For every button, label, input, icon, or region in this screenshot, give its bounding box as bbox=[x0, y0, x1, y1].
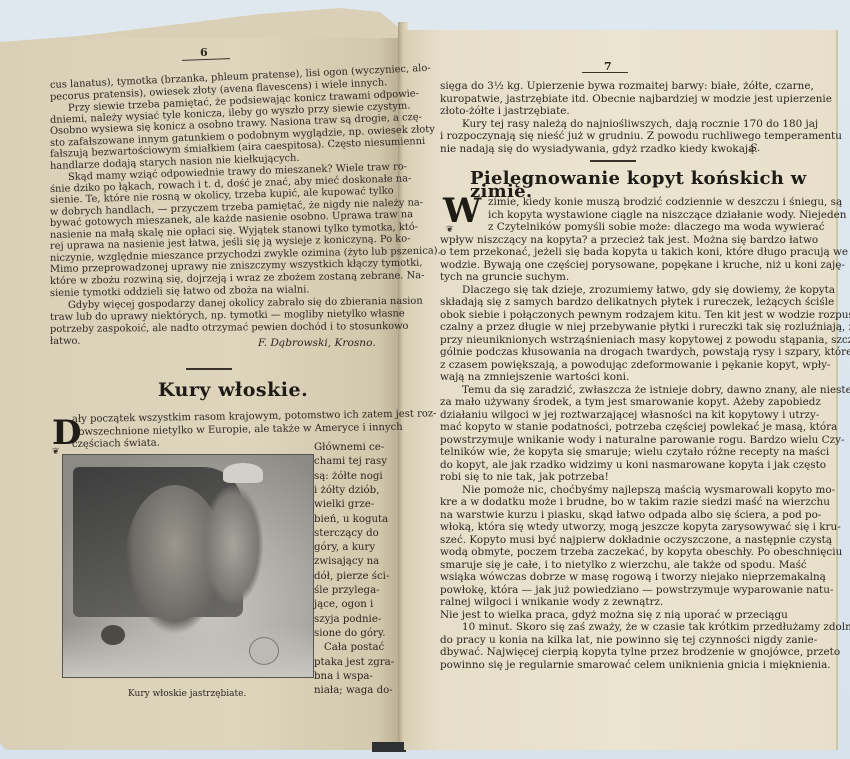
chickens-illustration bbox=[62, 454, 314, 678]
text-line: wodą obmyte, poczem trzeba zaczekać, by … bbox=[440, 546, 842, 559]
text-line: przy nieuniknionych wstrząśnieniach masy… bbox=[440, 334, 850, 347]
text-line: działaniu wilgoci w jej roztwarzającej w… bbox=[440, 409, 819, 422]
text-line: 10 minut. Skoro się zaś zważy, że w czas… bbox=[462, 621, 850, 634]
text-line: wielki grze- bbox=[314, 498, 374, 511]
page-number-rule-right bbox=[582, 72, 628, 73]
text-line: o tem przekonać, jeżeli się bada kopyta … bbox=[440, 246, 848, 259]
text-line: nie nadają się do wysiadywania, gdyż rza… bbox=[440, 143, 758, 156]
text-line: obok siebie i połączonych pewnym rodzaje… bbox=[440, 309, 850, 322]
text-line: szeć. Kopyto musi być najpierw dokładnie… bbox=[440, 534, 832, 547]
text-line: mać kopyto w stanie podatności, potrzeba… bbox=[440, 421, 837, 434]
text-line: chami tej rasy bbox=[314, 455, 387, 468]
text-line: gólnie podczas kłusowania na drogach twa… bbox=[440, 346, 850, 359]
dropcap-ornament-icon: ❦ bbox=[52, 446, 60, 459]
text-line: czalny a przez długie w niej przebywanie… bbox=[440, 321, 850, 334]
chick-figure bbox=[101, 625, 125, 645]
text-line: dbywać. Najwięcej cierpią kopyta tylne p… bbox=[440, 646, 840, 659]
text-line: kre a w dodatku może i brudne, bo w taki… bbox=[440, 496, 830, 509]
text-line: Nie jest to wielka praca, gdyż można się… bbox=[440, 609, 788, 622]
text-line: sięga do 3½ kg. Upierzenie bywa rozmaite… bbox=[440, 80, 814, 93]
dropcap-w: W bbox=[443, 194, 481, 228]
text-line: śle przylega- bbox=[314, 584, 380, 597]
text-line: powstrzymuje wnikanie wody i naturalne p… bbox=[440, 434, 844, 447]
text-line: telników wie, że kopyta się smaruje; wie… bbox=[440, 446, 829, 459]
article-title-kury-wloskie: Kury włoskie. bbox=[158, 384, 308, 397]
text-line: wają na zmniejszenie wartości koni. bbox=[440, 371, 629, 384]
text-line: na warstwie kurzu i piasku, skąd łatwo o… bbox=[440, 509, 821, 522]
text-line: złoto-żółte i jastrzębiate. bbox=[440, 105, 570, 118]
text-line: jące, ogon i bbox=[314, 598, 373, 611]
text-line: wsiąka wówczas dobrze w masę rogową i tw… bbox=[440, 571, 826, 584]
rooster-figure-2 bbox=[203, 485, 263, 605]
text-line: wodzie. Bywają one częściej porysowane, … bbox=[440, 259, 845, 272]
text-line: i żółty dziób, bbox=[314, 484, 379, 497]
book-cover-edge bbox=[372, 742, 406, 752]
text-line: ralnej wilgoci i wnikanie wody z zewnątr… bbox=[440, 596, 663, 609]
text-line: niała; waga do- bbox=[314, 684, 393, 697]
chick-figure-2 bbox=[249, 637, 279, 665]
text-line: bień, u koguta bbox=[314, 513, 388, 526]
text-line: szyja podnie- bbox=[314, 613, 381, 626]
text-line: Dlaczego się tak dzieje, zrozumiemy łatw… bbox=[462, 284, 835, 297]
text-line: są: żółte nogi bbox=[314, 470, 383, 483]
text-line: Nie pomoże nic, choćbyśmy najlepszą maśc… bbox=[462, 484, 835, 497]
text-line: góry, a kury bbox=[314, 541, 375, 554]
section-divider bbox=[186, 368, 232, 370]
text-line: ich kopyta wystawione ciągle na niszcząc… bbox=[488, 209, 847, 222]
figure-caption: Kury włoskie jastrzębiate. bbox=[128, 688, 246, 701]
text-line: ptaka jest zgra- bbox=[314, 656, 394, 669]
text-line: Cała postać bbox=[324, 641, 384, 654]
text-line: do pracy u konia na kilka lat, nie powin… bbox=[440, 634, 817, 647]
text-line: Temu da się zaradzić, zwłaszcza że istni… bbox=[462, 384, 850, 397]
signature-dabrowski: F. Dąbrowski, Krosno. bbox=[258, 337, 376, 350]
text-line: Głównemi ce- bbox=[314, 441, 384, 454]
text-line: powinno się je regularnie smarować celem… bbox=[440, 659, 831, 672]
text-line: za mało używany środek, a tym jest smaro… bbox=[440, 396, 821, 409]
text-line: częściach świata. bbox=[72, 437, 160, 452]
text-line: Kury tej rasy należą do najniośliwszych,… bbox=[462, 118, 818, 131]
text-line: powłokę, która — jak już powiedziano — p… bbox=[440, 584, 833, 597]
text-line: tych na gruncie suchym. bbox=[440, 271, 569, 284]
open-book: 6 cus lanatus), tymotka (brzanka, phleum… bbox=[0, 0, 850, 759]
text-line: smaruje się je całe, i to nietylko z wie… bbox=[440, 559, 807, 572]
text-line: z Czytelników pomyśli sobie może: dlacze… bbox=[488, 221, 825, 234]
text-line: bna i wspa- bbox=[314, 670, 373, 683]
article-title-kopyta: Pielęgnowanie kopyt końskich w zimie. bbox=[470, 172, 850, 199]
text-line: z czasem powiększają, a powodując zdefor… bbox=[440, 359, 830, 372]
text-line: do kopyt, ale jak rzadko widzimy u koni … bbox=[440, 459, 826, 472]
text-line: zwisający na bbox=[314, 555, 379, 568]
text-line: dół, pierze ści- bbox=[314, 570, 389, 583]
text-line: włoką, która się wtedy utworzy, mogą jes… bbox=[440, 521, 841, 534]
page-number-left: 6 bbox=[200, 46, 208, 59]
text-line: robi się to nie tak, jak potrzeba! bbox=[440, 471, 609, 484]
text-line: składają się z samych bardzo delikatnych… bbox=[440, 296, 834, 309]
text-line: sterczący do bbox=[314, 527, 379, 540]
text-line: zimie, kiedy konie muszą brodzić codzien… bbox=[488, 196, 842, 209]
text-line: wpływ niszczący na kopyta? a przecież ta… bbox=[440, 234, 818, 247]
section-divider-right bbox=[590, 160, 636, 162]
text-line: sione do góry. bbox=[314, 627, 386, 640]
text-line: kuropatwie, jastrzębiate itd. Obecnie na… bbox=[440, 93, 832, 106]
signature-s: S. bbox=[750, 142, 760, 155]
text-line: i rozpoczynają się nieść już w grudniu. … bbox=[440, 130, 842, 143]
text-line: łatwo. bbox=[50, 335, 81, 349]
